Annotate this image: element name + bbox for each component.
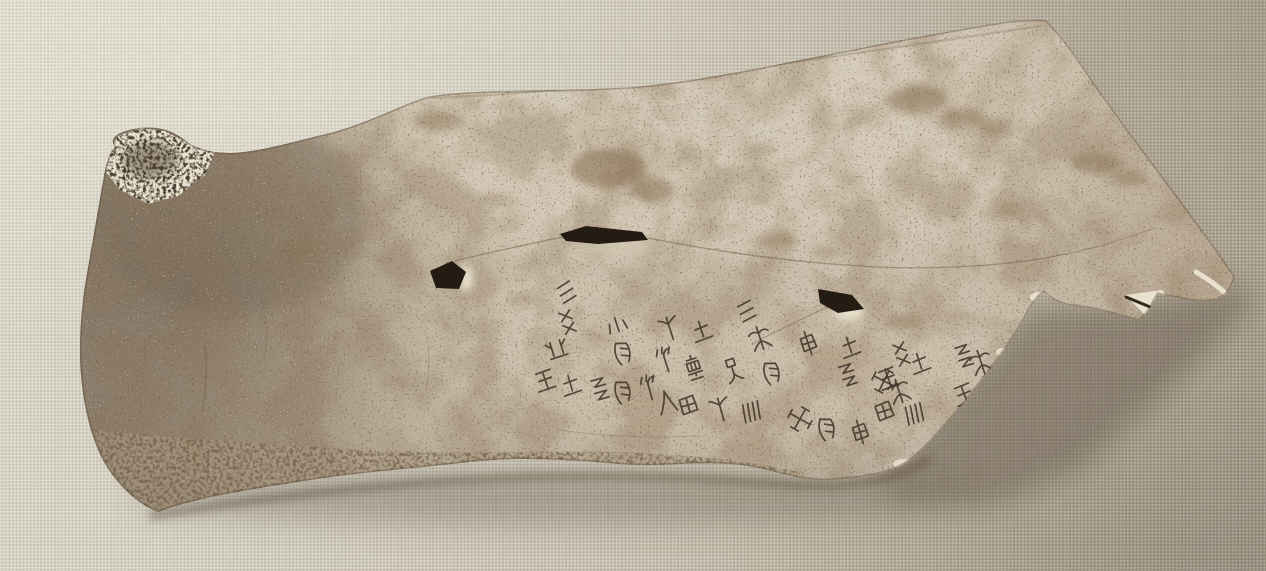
- stain-blotch: [885, 312, 925, 328]
- stain-blotch: [1072, 153, 1124, 173]
- stain-blotch: [506, 294, 534, 306]
- photo-oracle-bone: [0, 0, 1266, 571]
- stain-blotch: [836, 174, 864, 186]
- stain-blotch: [744, 143, 776, 157]
- stain-blotch: [888, 86, 948, 114]
- stain-blotch: [940, 108, 984, 128]
- stain-blotch: [1111, 170, 1145, 186]
- stain-blotch: [482, 193, 518, 207]
- stain-blotch: [350, 90, 386, 106]
- oracle-bone-illustration: [0, 0, 1266, 571]
- stain-blotch: [412, 112, 464, 132]
- stain-blotch: [280, 242, 320, 258]
- stain-blotch: [758, 232, 798, 248]
- stain-blotch: [996, 204, 1024, 216]
- stain-blotch: [634, 36, 710, 68]
- stain-blotch: [810, 246, 842, 258]
- stain-blotch: [570, 148, 646, 188]
- stain-blotch: [630, 178, 674, 202]
- stain-blotch: [978, 120, 1014, 136]
